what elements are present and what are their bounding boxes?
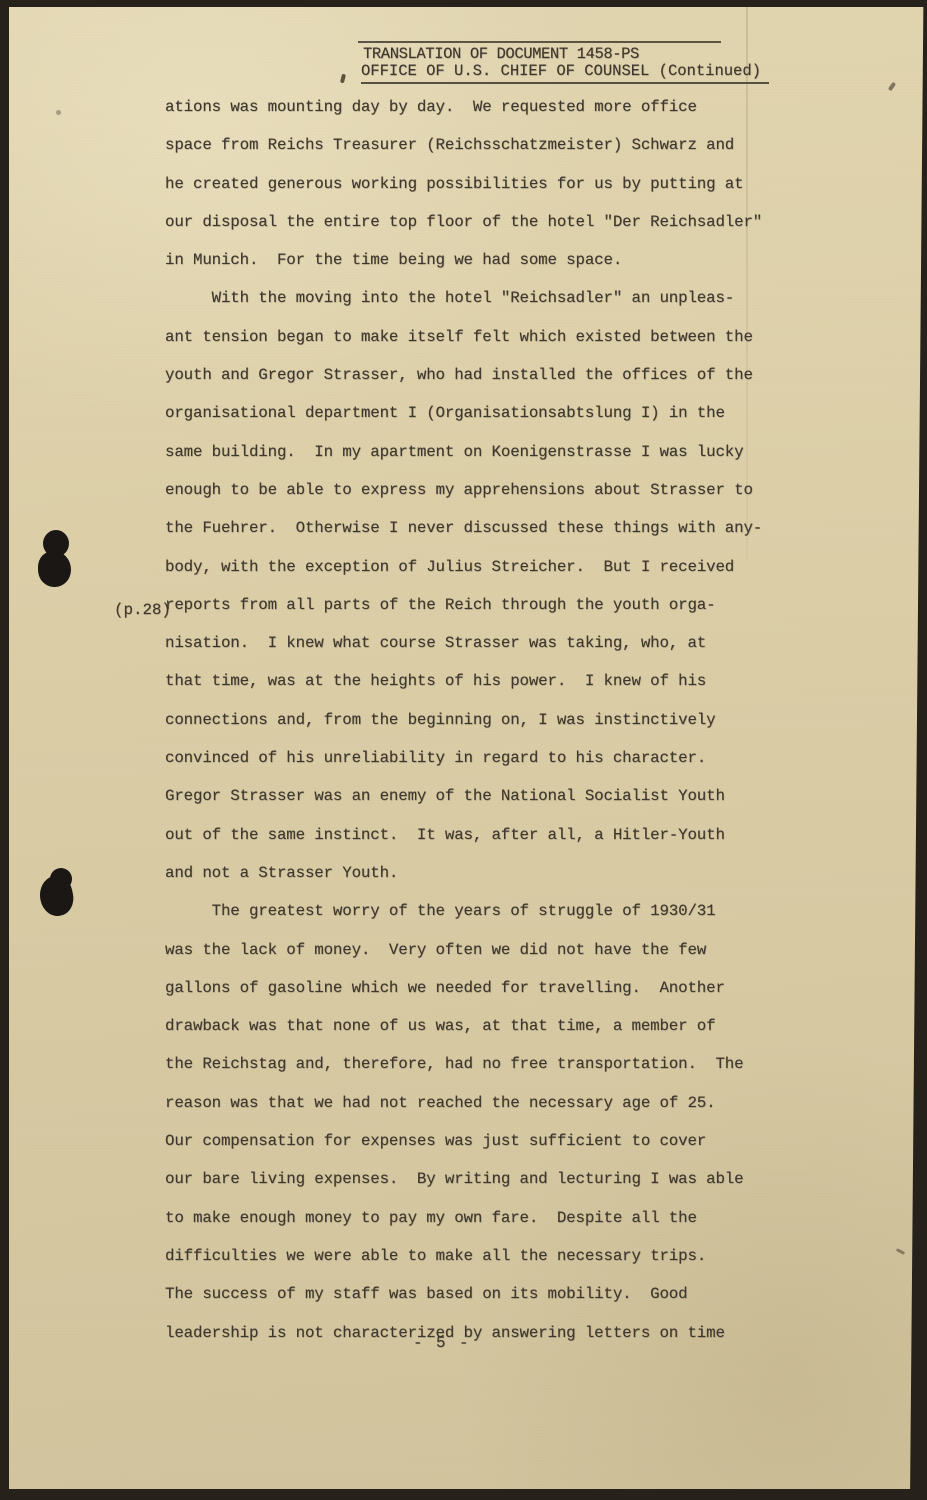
document-header-line1: TRANSLATION OF DOCUMENT 1458-PS (363, 46, 639, 62)
text-line: ations was mounting day by day. We reque… (165, 88, 805, 126)
text-line: enough to be able to express my apprehen… (165, 471, 805, 509)
text-line: out of the same instinct. It was, after … (165, 816, 805, 854)
text-line: organisational department I (Organisatio… (165, 394, 805, 432)
ink-speck (340, 74, 346, 84)
document-page: TRANSLATION OF DOCUMENT 1458-PS OFFICE O… (0, 0, 927, 1500)
text-line: Our compensation for expenses was just s… (165, 1122, 805, 1160)
text-line: reason was that we had not reached the n… (165, 1084, 805, 1122)
text-line: youth and Gregor Strasser, who had insta… (165, 356, 805, 394)
scan-border-left (0, 0, 9, 1500)
text-line: he created generous working possibilitie… (165, 165, 805, 203)
text-line: gallons of gasoline which we needed for … (165, 969, 805, 1007)
text-line: our disposal the entire top floor of the… (165, 203, 805, 241)
text-line: Gregor Strasser was an enemy of the Nati… (165, 777, 805, 815)
punch-hole-bottom (40, 868, 74, 916)
text-line: difficulties we were able to make all th… (165, 1237, 805, 1275)
ink-speck (896, 1248, 905, 1255)
ink-speck (888, 82, 896, 92)
text-line: drawback was that none of us was, at tha… (165, 1007, 805, 1045)
document-header-line2: OFFICE OF U.S. CHIEF OF COUNSEL (Continu… (361, 63, 769, 84)
marginal-page-reference: (p.28) (114, 591, 171, 629)
page-number: - 5 - (413, 1332, 470, 1354)
text-line: connections and, from the beginning on, … (165, 701, 805, 739)
ink-speck (56, 110, 61, 115)
text-line: nisation. I knew what course Strasser wa… (165, 624, 805, 662)
scan-border-top (0, 0, 927, 7)
text-line: With the moving into the hotel "Reichsad… (165, 279, 805, 317)
scan-border-right (910, 0, 927, 1500)
text-line: same building. In my apartment on Koenig… (165, 433, 805, 471)
text-line: The success of my staff was based on its… (165, 1275, 805, 1313)
header-top-rule (358, 41, 721, 43)
text-line: to make enough money to pay my own fare.… (165, 1199, 805, 1237)
text-line: convinced of his unreliability in regard… (165, 739, 805, 777)
text-line: the Fuehrer. Otherwise I never discussed… (165, 509, 805, 547)
document-body: ations was mounting day by day. We reque… (165, 88, 805, 1352)
text-line: the Reichstag and, therefore, had no fre… (165, 1045, 805, 1083)
punch-hole-top (38, 530, 72, 588)
scan-border-bottom (0, 1489, 927, 1500)
text-line: and not a Strasser Youth. (165, 854, 805, 892)
text-line: ant tension began to make itself felt wh… (165, 318, 805, 356)
text-line: that time, was at the heights of his pow… (165, 662, 805, 700)
text-line: The greatest worry of the years of strug… (165, 892, 805, 930)
text-line: in Munich. For the time being we had som… (165, 241, 805, 279)
text-line: reports from all parts of the Reich thro… (165, 586, 805, 624)
text-line: was the lack of money. Very often we did… (165, 931, 805, 969)
text-line: our bare living expenses. By writing and… (165, 1160, 805, 1198)
text-line: space from Reichs Treasurer (Reichsschat… (165, 126, 805, 164)
text-line: body, with the exception of Julius Strei… (165, 548, 805, 586)
text-line: leadership is not characterized by answe… (165, 1314, 805, 1352)
